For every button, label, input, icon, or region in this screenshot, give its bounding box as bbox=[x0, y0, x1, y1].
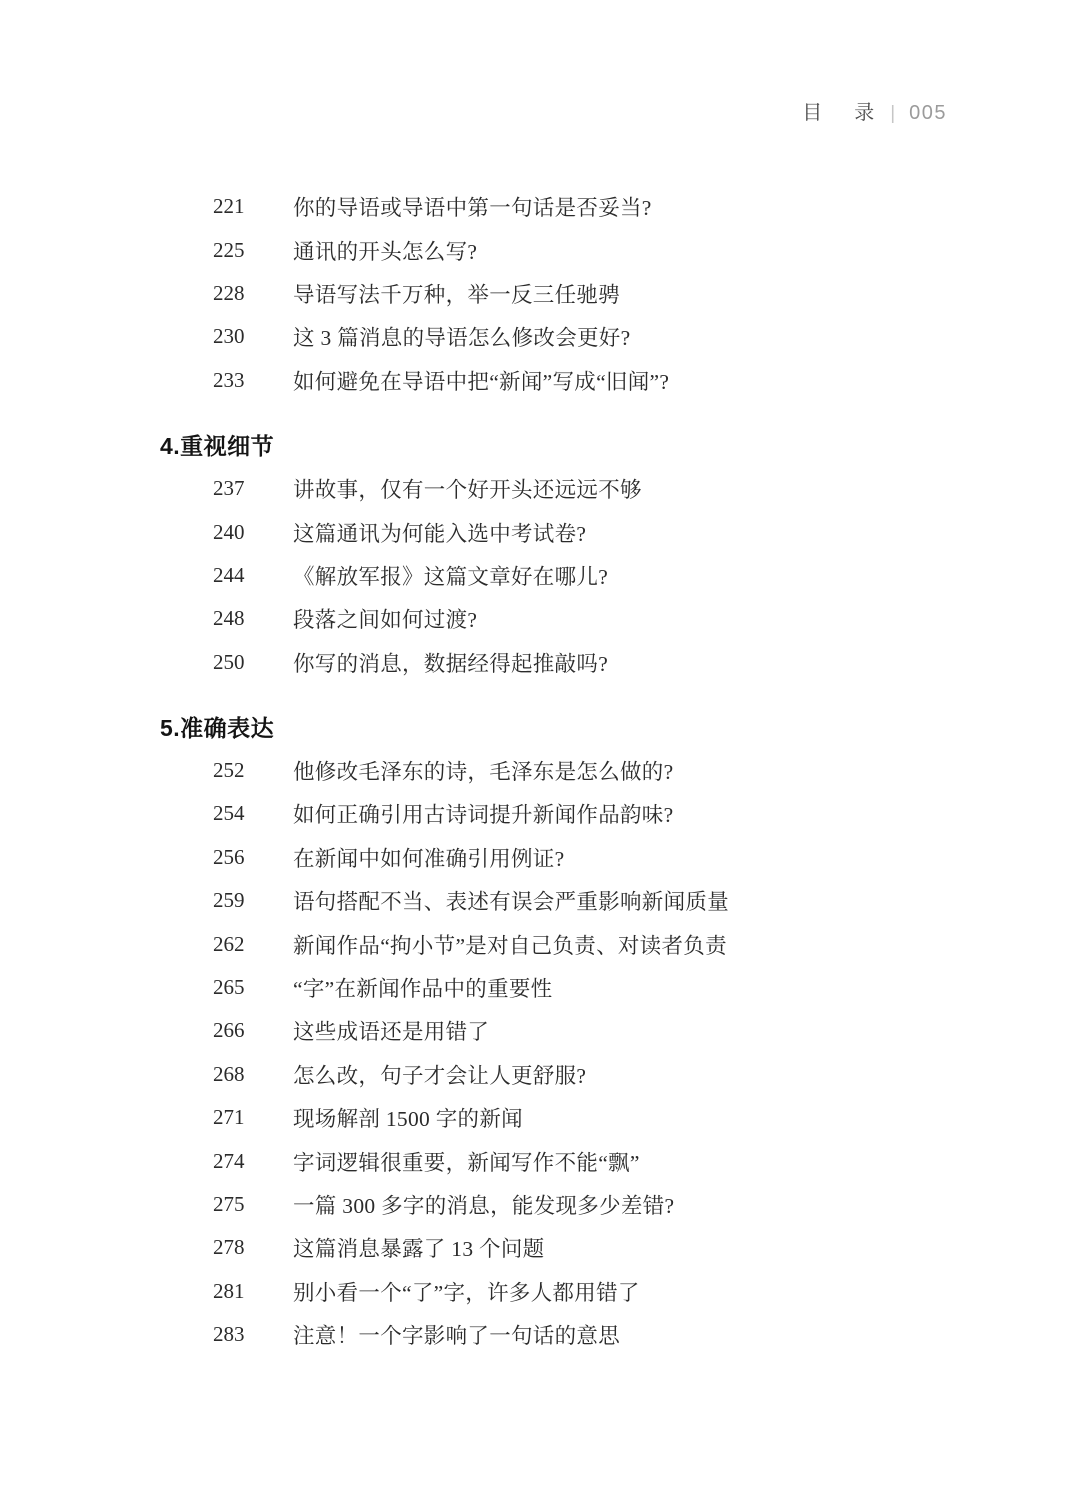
toc-entry: 262新闻作品“拘小节”是对自己负责、对读者负责 bbox=[0, 922, 1080, 965]
section-heading: 5.准确表达 bbox=[160, 705, 1080, 749]
toc-list: 221你的导语或导语中第一句话是否妥当?225通讯的开头怎么写?228导语写法千… bbox=[0, 185, 1080, 1356]
entry-title: 你写的消息，数据经得起推敲吗? bbox=[293, 647, 608, 678]
toc-entry: 228导语写法千万种，举一反三任驰骋 bbox=[0, 272, 1080, 315]
entry-page-number: 254 bbox=[213, 801, 293, 826]
entry-page-number: 252 bbox=[213, 758, 293, 783]
entry-page-number: 259 bbox=[213, 888, 293, 913]
entry-page-number: 256 bbox=[213, 845, 293, 870]
entry-title: 在新闻中如何准确引用例证? bbox=[293, 842, 564, 873]
entry-page-number: 244 bbox=[213, 563, 293, 588]
toc-entry: 271现场解剖 1500 字的新闻 bbox=[0, 1096, 1080, 1139]
entry-page-number: 225 bbox=[213, 238, 293, 263]
entry-page-number: 248 bbox=[213, 606, 293, 631]
entry-title: 注意！一个字影响了一句话的意思 bbox=[293, 1319, 620, 1350]
entry-title: 一篇 300 多字的消息，能发现多少差错? bbox=[293, 1189, 674, 1220]
entry-page-number: 228 bbox=[213, 281, 293, 306]
entry-title: 现场解剖 1500 字的新闻 bbox=[293, 1102, 523, 1133]
toc-entry: 281别小看一个“了”字，许多人都用错了 bbox=[0, 1270, 1080, 1313]
toc-entry: 274字词逻辑很重要，新闻写作不能“飘” bbox=[0, 1139, 1080, 1182]
entry-page-number: 266 bbox=[213, 1018, 293, 1043]
entry-page-number: 271 bbox=[213, 1105, 293, 1130]
entry-title: “字”在新闻作品中的重要性 bbox=[293, 972, 553, 1003]
entry-page-number: 262 bbox=[213, 932, 293, 957]
toc-entry: 259语句搭配不当、表述有误会严重影响新闻质量 bbox=[0, 879, 1080, 922]
toc-entry: 254如何正确引用古诗词提升新闻作品韵味? bbox=[0, 792, 1080, 835]
entry-page-number: 221 bbox=[213, 194, 293, 219]
entry-title: 如何避免在导语中把“新闻”写成“旧闻”? bbox=[293, 365, 669, 396]
toc-entry: 266这些成语还是用错了 bbox=[0, 1009, 1080, 1052]
entry-title: 导语写法千万种，举一反三任驰骋 bbox=[293, 278, 620, 309]
toc-page: 目 录 | 005 221你的导语或导语中第一句话是否妥当?225通讯的开头怎么… bbox=[0, 0, 1080, 1509]
section-heading: 4.重视细节 bbox=[160, 423, 1080, 467]
toc-entry: 233如何避免在导语中把“新闻”写成“旧闻”? bbox=[0, 359, 1080, 402]
entry-page-number: 237 bbox=[213, 476, 293, 501]
entry-title: 讲故事，仅有一个好开头还远远不够 bbox=[293, 473, 642, 504]
entry-title: 新闻作品“拘小节”是对自己负责、对读者负责 bbox=[293, 929, 727, 960]
toc-section: 4.重视细节237讲故事，仅有一个好开头还远远不够240这篇通讯为何能入选中考试… bbox=[0, 423, 1080, 684]
entry-title: 别小看一个“了”字，许多人都用错了 bbox=[293, 1276, 640, 1307]
entry-title: 语句搭配不当、表述有误会严重影响新闻质量 bbox=[293, 885, 729, 916]
entry-title: 这 3 篇消息的导语怎么修改会更好? bbox=[293, 321, 630, 352]
entry-title: 字词逻辑很重要，新闻写作不能“飘” bbox=[293, 1146, 640, 1177]
toc-entry: 256在新闻中如何准确引用例证? bbox=[0, 836, 1080, 879]
header-page-number: 005 bbox=[909, 103, 947, 123]
header-separator: | bbox=[890, 104, 895, 123]
page-header: 目 录 | 005 bbox=[802, 103, 947, 123]
entry-page-number: 274 bbox=[213, 1149, 293, 1174]
entry-title: 这些成语还是用错了 bbox=[293, 1015, 489, 1046]
toc-entry: 265“字”在新闻作品中的重要性 bbox=[0, 966, 1080, 1009]
toc-entry: 230这 3 篇消息的导语怎么修改会更好? bbox=[0, 315, 1080, 358]
entry-page-number: 268 bbox=[213, 1062, 293, 1087]
toc-entry: 252他修改毛泽东的诗，毛泽东是怎么做的? bbox=[0, 749, 1080, 792]
entry-title: 如何正确引用古诗词提升新闻作品韵味? bbox=[293, 798, 673, 829]
entry-title: 通讯的开头怎么写? bbox=[293, 235, 477, 266]
toc-entry: 283注意！一个字影响了一句话的意思 bbox=[0, 1313, 1080, 1356]
entry-page-number: 240 bbox=[213, 520, 293, 545]
toc-section: 221你的导语或导语中第一句话是否妥当?225通讯的开头怎么写?228导语写法千… bbox=[0, 185, 1080, 402]
toc-entry: 225通讯的开头怎么写? bbox=[0, 228, 1080, 271]
header-title-char-2: 录 bbox=[854, 103, 874, 123]
entry-page-number: 281 bbox=[213, 1279, 293, 1304]
toc-entry: 237讲故事，仅有一个好开头还远远不够 bbox=[0, 467, 1080, 510]
entry-page-number: 275 bbox=[213, 1192, 293, 1217]
toc-entry: 250你写的消息，数据经得起推敲吗? bbox=[0, 641, 1080, 684]
section-entry-list: 252他修改毛泽东的诗，毛泽东是怎么做的?254如何正确引用古诗词提升新闻作品韵… bbox=[0, 749, 1080, 1356]
entry-page-number: 250 bbox=[213, 650, 293, 675]
section-entry-list: 221你的导语或导语中第一句话是否妥当?225通讯的开头怎么写?228导语写法千… bbox=[0, 185, 1080, 402]
entry-title: 怎么改，句子才会让人更舒服? bbox=[293, 1059, 586, 1090]
entry-title: 你的导语或导语中第一句话是否妥当? bbox=[293, 191, 652, 222]
toc-entry: 268怎么改，句子才会让人更舒服? bbox=[0, 1053, 1080, 1096]
entry-page-number: 265 bbox=[213, 975, 293, 1000]
entry-page-number: 283 bbox=[213, 1322, 293, 1347]
toc-entry: 278这篇消息暴露了 13 个问题 bbox=[0, 1226, 1080, 1269]
section-entry-list: 237讲故事，仅有一个好开头还远远不够240这篇通讯为何能入选中考试卷?244《… bbox=[0, 467, 1080, 684]
toc-entry: 244《解放军报》这篇文章好在哪儿? bbox=[0, 554, 1080, 597]
header-title-char-1: 目 bbox=[802, 103, 822, 123]
entry-title: 这篇消息暴露了 13 个问题 bbox=[293, 1232, 544, 1263]
toc-entry: 221你的导语或导语中第一句话是否妥当? bbox=[0, 185, 1080, 228]
entry-page-number: 233 bbox=[213, 368, 293, 393]
entry-page-number: 230 bbox=[213, 324, 293, 349]
toc-entry: 248段落之间如何过渡? bbox=[0, 597, 1080, 640]
entry-title: 他修改毛泽东的诗，毛泽东是怎么做的? bbox=[293, 755, 673, 786]
entry-title: 段落之间如何过渡? bbox=[293, 603, 477, 634]
toc-entry: 240这篇通讯为何能入选中考试卷? bbox=[0, 510, 1080, 553]
entry-title: 《解放军报》这篇文章好在哪儿? bbox=[293, 560, 608, 591]
toc-entry: 275一篇 300 多字的消息，能发现多少差错? bbox=[0, 1183, 1080, 1226]
entry-page-number: 278 bbox=[213, 1235, 293, 1260]
toc-section: 5.准确表达252他修改毛泽东的诗，毛泽东是怎么做的?254如何正确引用古诗词提… bbox=[0, 705, 1080, 1356]
entry-title: 这篇通讯为何能入选中考试卷? bbox=[293, 517, 586, 548]
